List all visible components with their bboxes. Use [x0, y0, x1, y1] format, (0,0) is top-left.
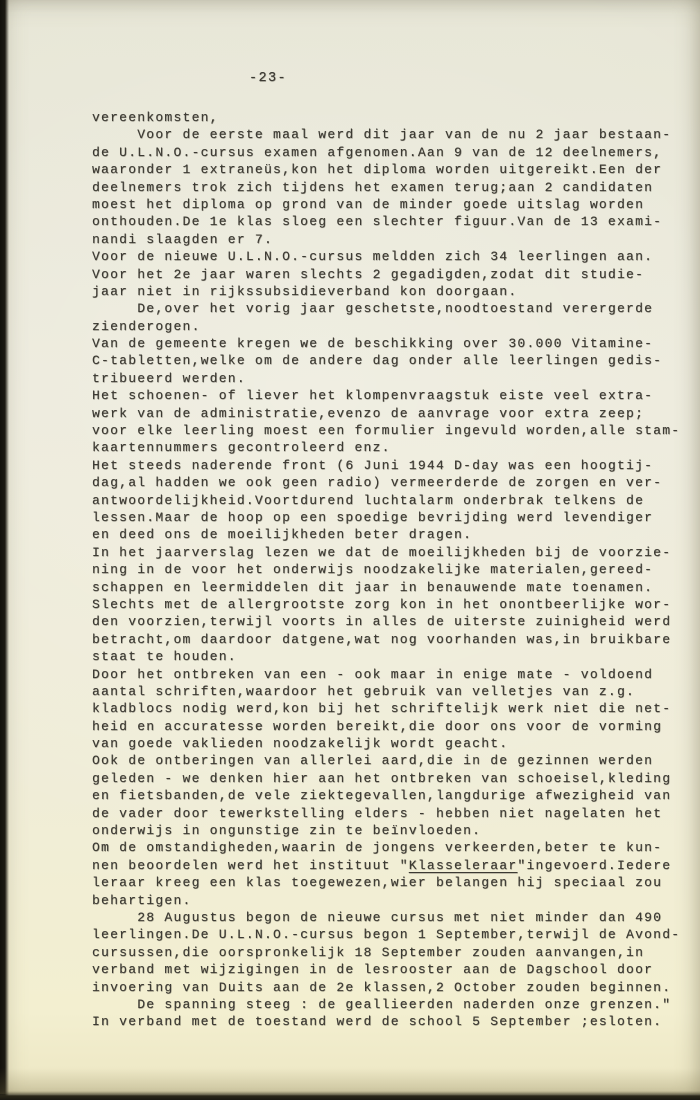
text-line: deelnemers trok zich tijdens het examen … [92, 179, 692, 196]
text-line: betracht,om daardoor datgene,wat nog voo… [92, 631, 692, 648]
scan-edge-bottom [0, 1091, 700, 1100]
text-line: Door het ontbreken van een - ook maar in… [92, 666, 692, 683]
text-line: de vader door tewerkstelling elders - he… [92, 805, 692, 822]
text-line: werk van de administratie,evenzo de aanv… [92, 405, 692, 422]
text-line: 28 Augustus begon de nieuwe cursus met n… [92, 909, 692, 926]
text-line: Het schoenen- of liever het klompenvraag… [92, 387, 692, 404]
text-line: aantal schriften,waardoor het gebruik va… [92, 683, 692, 700]
text-line: lessen.Maar de hoop op een spoedige bevr… [92, 509, 692, 526]
text-line: antwoordelijkheid.Voortdurend luchtalarm… [92, 492, 692, 509]
text-line: nandi slaagden er 7. [92, 231, 692, 248]
text-line: vereenkomsten, [92, 109, 692, 126]
underlined-term: Klasseleraar [409, 858, 518, 873]
text-line: behartigen. [92, 892, 692, 909]
text-line: geleden - we denken hier aan het ontbrek… [92, 770, 692, 787]
text-line: en fietsbanden,de vele ziektegevallen,la… [92, 787, 692, 804]
text-line: De,over het vorig jaar geschetste,noodto… [92, 300, 692, 317]
text-line: van goede vaklieden noodzakelijk wordt g… [92, 735, 692, 752]
text-line: invoering van Duits aan de 2e klassen,2 … [92, 979, 692, 996]
scanned-page: -23- vereenkomsten, Voor de eerste maal … [0, 0, 700, 1100]
text-line: In verband met de toestand werd de schoo… [92, 1013, 692, 1030]
text-line: waaronder 1 extraneüs,kon het diploma wo… [92, 161, 692, 178]
text-line: Om de omstandigheden,waarin de jongens v… [92, 839, 692, 856]
text-line: Slechts met de allergrootste zorg kon in… [92, 596, 692, 613]
text-line: verband met wijzigingen in de lesrooster… [92, 961, 692, 978]
text-line: zienderogen. [92, 318, 692, 335]
text-line: kaartennummers gecontroleerd enz. [92, 439, 692, 456]
text-line: voor elke leerling moest een formulier i… [92, 422, 692, 439]
text-line: Voor de eerste maal werd dit jaar van de… [92, 126, 692, 143]
text-line: Het steeds naderende front (6 Juni 1944 … [92, 457, 692, 474]
text-line: heid en accuratesse worden bereikt,die d… [92, 718, 692, 735]
text-line: nen beoordelen werd het instituut "Klass… [92, 857, 692, 874]
text-line: leraar kreeg een klas toegewezen,wier be… [92, 874, 692, 891]
text-line: Voor de nieuwe U.L.N.O.-cursus meldden z… [92, 248, 692, 265]
text-line: dag,al hadden we ook geen radio) vermeer… [92, 474, 692, 491]
text-line: jaar niet in rijkssubsidieverband kon do… [92, 283, 692, 300]
text-line: de U.L.N.O.-cursus examen afgenomen.Aan … [92, 144, 692, 161]
text-line: schappen en leermiddelen dit jaar in ben… [92, 579, 692, 596]
text-line: Voor het 2e jaar waren slechts 2 gegadig… [92, 266, 692, 283]
text-line: De spanning steeg : de geallieerden nade… [92, 996, 692, 1013]
page-number: -23- [249, 71, 287, 86]
text-line: cursussen,die oorspronkelijk 18 Septembe… [92, 944, 692, 961]
scan-edge-left [0, 0, 9, 1100]
text-line: tribueerd werden. [92, 370, 692, 387]
text-line: In het jaarverslag lezen we dat de moeil… [92, 544, 692, 561]
text-line: moest het diploma op grond van de minder… [92, 196, 692, 213]
text-line: kladblocs nodig werd,kon bij het schrift… [92, 700, 692, 717]
text-line: ning in de voor het onderwijs noodzakeli… [92, 561, 692, 578]
text-line: staat te houden. [92, 648, 692, 665]
text-line: Van de gemeente kregen we de beschikking… [92, 335, 692, 352]
document-text: vereenkomsten, Voor de eerste maal werd … [92, 109, 692, 1031]
text-line: leerlingen.De U.L.N.O.-cursus begon 1 Se… [92, 926, 692, 943]
text-line: onthouden.De 1e klas sloeg een slechter … [92, 213, 692, 230]
text-line: den voorzien,terwijl voorts in alles de … [92, 613, 692, 630]
text-line: C-tabletten,welke om de andere dag onder… [92, 352, 692, 369]
text-line: en deed ons de moeilijkheden beter drage… [92, 526, 692, 543]
text-line: Ook de ontberingen van allerlei aard,die… [92, 752, 692, 769]
text-line: onderwijs in ongunstige zin te beïnvloed… [92, 822, 692, 839]
